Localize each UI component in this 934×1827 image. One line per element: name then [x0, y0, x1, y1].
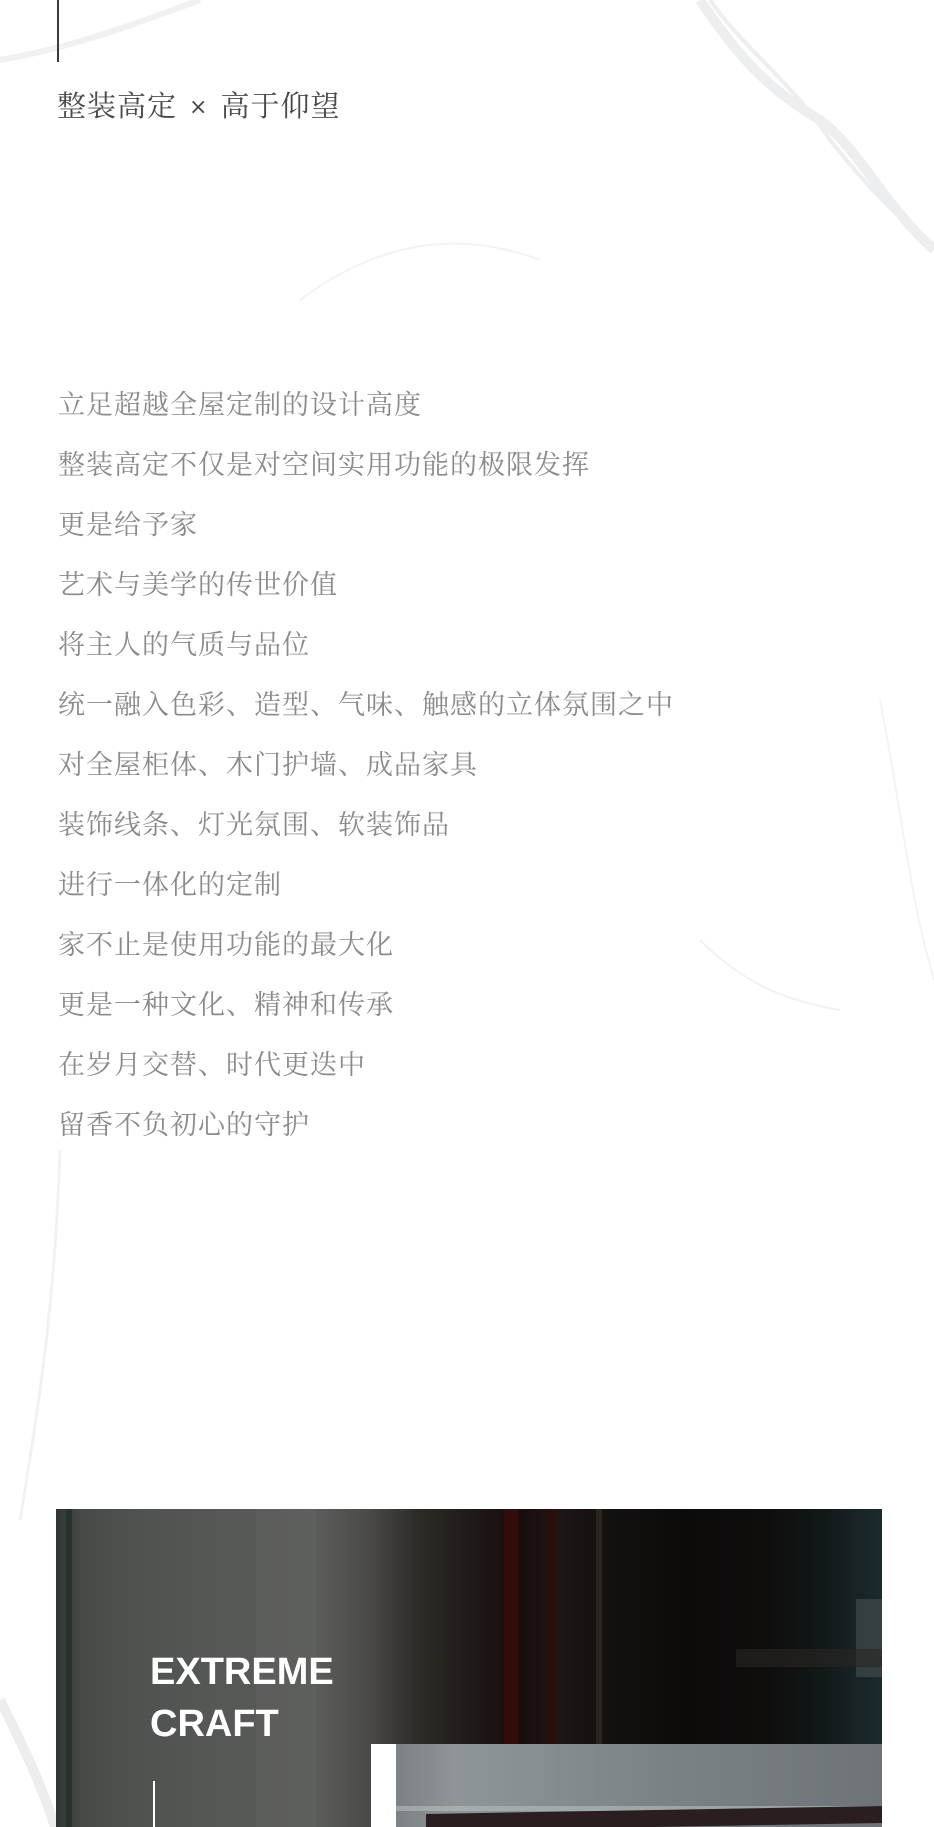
poem-line: 家不止是使用功能的最大化	[58, 924, 674, 984]
poem-line: 对全屋柜体、木门护墙、成品家具	[58, 744, 674, 804]
top-accent-line	[57, 0, 59, 62]
poem-line: 统一融入色彩、造型、气味、触感的立体氛围之中	[58, 684, 674, 744]
poem-line: 留香不负初心的守护	[58, 1104, 674, 1164]
poem-line: 立足超越全屋定制的设计高度	[58, 384, 674, 444]
poem-line: 将主人的气质与品位	[58, 624, 674, 684]
title-left: 整装高定	[57, 89, 177, 123]
craft-section-title: EXTREME CRAFT	[150, 1646, 334, 1750]
craft-accent-line	[153, 1781, 155, 1827]
title-right: 高于仰望	[220, 89, 340, 123]
page-title: 整装高定×高于仰望	[57, 84, 340, 125]
shelf-board	[736, 1649, 882, 1667]
poem-line: 在岁月交替、时代更迭中	[58, 1044, 674, 1104]
poem-text-block: 立足超越全屋定制的设计高度 整装高定不仅是对空间实用功能的极限发挥 更是给予家 …	[58, 384, 674, 1164]
poem-line: 更是一种文化、精神和传承	[58, 984, 674, 1044]
title-separator: ×	[189, 95, 208, 120]
poem-line: 整装高定不仅是对空间实用功能的极限发挥	[58, 444, 674, 504]
inset-detail-photo	[396, 1744, 882, 1827]
poem-line: 艺术与美学的传世价值	[58, 564, 674, 624]
curtain-stripe	[66, 1509, 72, 1827]
poem-line: 更是给予家	[58, 504, 674, 564]
poem-line: 进行一体化的定制	[58, 864, 674, 924]
poem-line: 装饰线条、灯光氛围、软装饰品	[58, 804, 674, 864]
